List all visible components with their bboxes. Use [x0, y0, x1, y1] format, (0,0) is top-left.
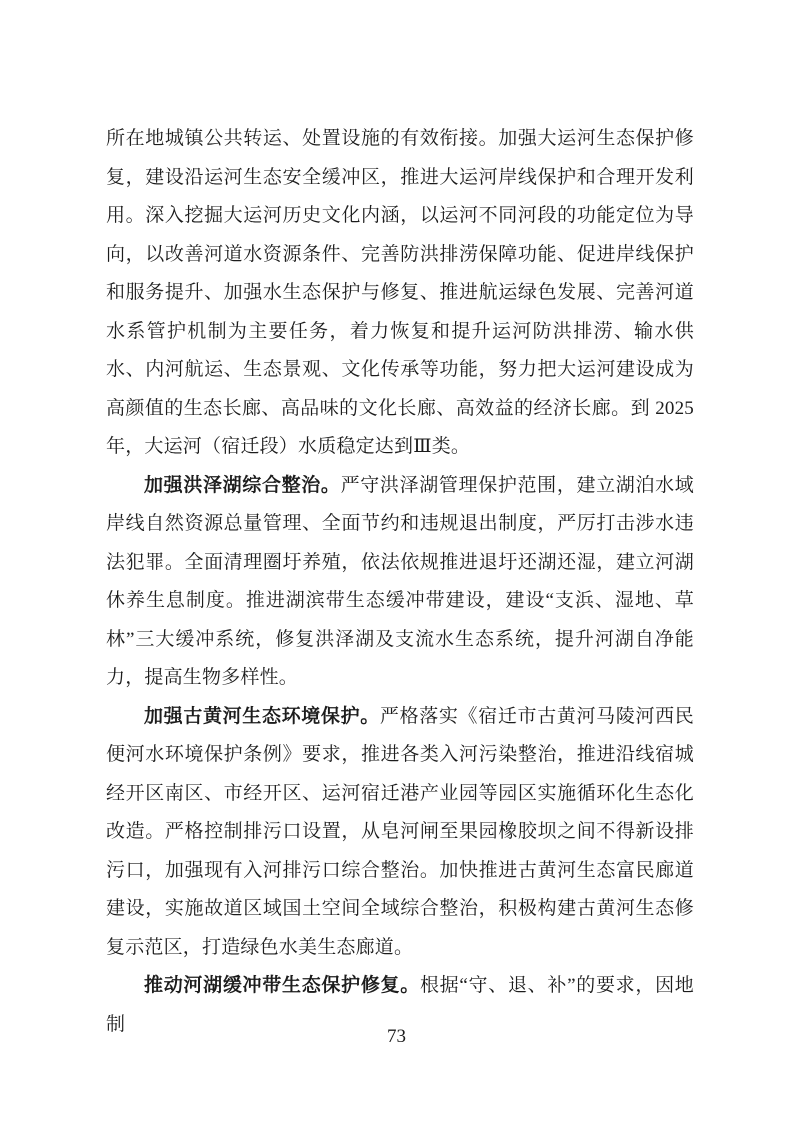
document-body: 所在地城镇公共转运、处置设施的有效衔接。加强大运河生态保护修复，建设沿运河生态安… [106, 120, 694, 1044]
paragraph-text: 所在地城镇公共转运、处置设施的有效衔接。加强大运河生态保护修复，建设沿运河生态安… [106, 128, 694, 457]
paragraph-lead: 加强古黄河生态环境保护。 [144, 706, 380, 727]
paragraph-text: 严格落实《宿迁市古黄河马陵河西民便河水环境保护条例》要求，推进各类入河污染整治，… [106, 706, 694, 958]
paragraph-hongze-lake: 加强洪泽湖综合整治。严守洪泽湖管理保护范围，建立湖泊水域岸线自然资源总量管理、全… [106, 467, 694, 698]
paragraph-ancient-yellow-river: 加强古黄河生态环境保护。严格落实《宿迁市古黄河马陵河西民便河水环境保护条例》要求… [106, 698, 694, 968]
paragraph-lead: 加强洪泽湖综合整治。 [144, 475, 341, 496]
paragraph-text: 严守洪泽湖管理保护范围，建立湖泊水域岸线自然资源总量管理、全面节约和违规退出制度… [106, 475, 694, 689]
document-page: 所在地城镇公共转运、处置设施的有效衔接。加强大运河生态保护修复，建设沿运河生态安… [0, 0, 793, 1122]
paragraph-continuation: 所在地城镇公共转运、处置设施的有效衔接。加强大运河生态保护修复，建设沿运河生态安… [106, 120, 694, 467]
page-number: 73 [0, 1022, 793, 1052]
paragraph-lead: 推动河湖缓冲带生态保护修复。 [144, 975, 420, 996]
